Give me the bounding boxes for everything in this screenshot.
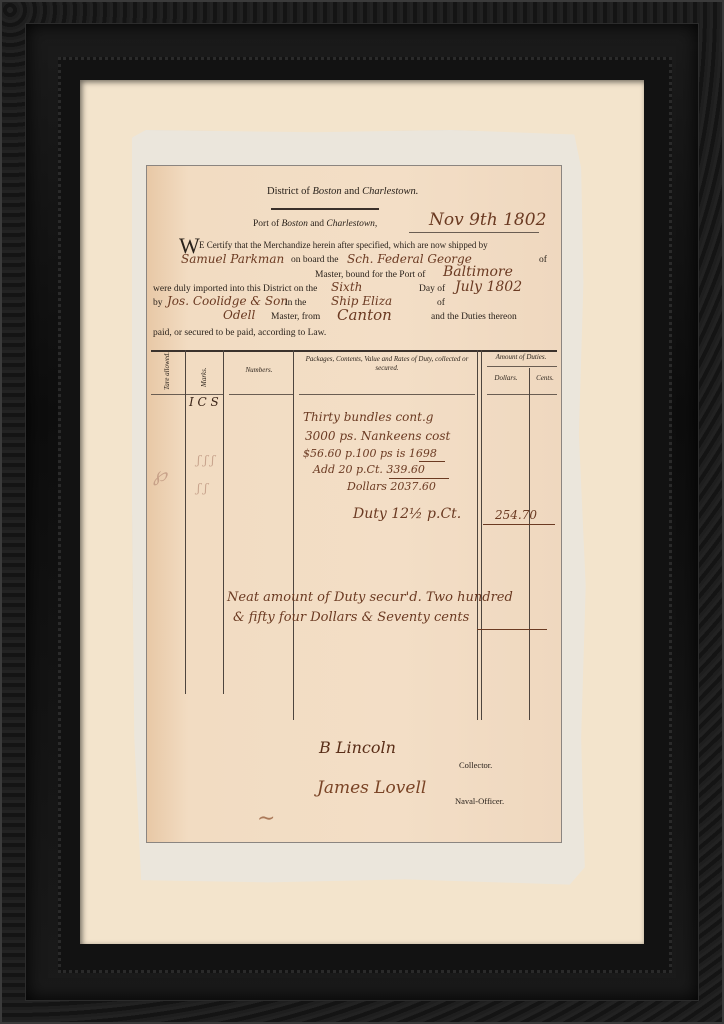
origin-port: Canton [337, 306, 392, 324]
of-label: of [539, 255, 547, 265]
master-from-label: Master, from [271, 312, 320, 322]
date-line [409, 232, 539, 233]
col-divider-packages [477, 350, 478, 720]
neat-amount-underline [477, 629, 547, 630]
neat-amount-line-1: Neat amount of Duty secur'd. Two hundred [227, 590, 513, 605]
contents-line-1: Thirty bundles cont.g [303, 410, 433, 424]
header-numbers: Numbers. [227, 366, 291, 374]
duty-underline [483, 524, 555, 525]
table-top-rule [151, 350, 557, 352]
col-divider-tare [185, 350, 186, 694]
header-dollars: Dollars. [483, 374, 529, 382]
col-divider-marks [223, 350, 224, 694]
sum-line-1 [419, 461, 445, 462]
sum-line-2 [389, 478, 449, 479]
paid-line: paid, or secured to be paid, according t… [153, 328, 326, 338]
day-of-label: Day of [419, 284, 445, 294]
naval-officer-signature: James Lovell [317, 778, 426, 798]
signature-flourish: ∼ [257, 806, 275, 831]
header-packages: Packages, Contents, Value and Rates of D… [297, 355, 477, 373]
header-cents: Cents. [531, 374, 559, 382]
header-amount-of-duties: Amount of Duties. [483, 353, 559, 361]
date-handwritten: Nov 9th 1802 [429, 210, 546, 230]
import-month-year: July 1802 [455, 279, 522, 295]
col-divider-dollars [529, 368, 530, 720]
contents-line-5: Dollars 2037.60 [347, 480, 436, 493]
contents-line-3: $56.60 p.100 ps is 1698 [303, 447, 437, 460]
picture-frame: District of Boston and Charlestown. Port… [0, 0, 724, 1024]
in-the-label: in the [285, 298, 306, 308]
packages-header-rule [299, 394, 475, 395]
district-title: District of Boston and Charlestown. [267, 186, 418, 197]
ship-master-name: Odell [223, 308, 255, 322]
numbers-header-rule [229, 394, 293, 395]
tare-header-rule [151, 394, 185, 395]
header-marks: Marks. [200, 357, 208, 387]
duty-rate: Duty 12½ p.Ct. [353, 506, 461, 522]
master-bound-label: Master, bound for the Port of [315, 270, 425, 280]
header-tare: Tare allowed. [163, 346, 171, 390]
collector-label: Collector. [459, 760, 492, 770]
faint-pencil-figures: ʃ ʃ ʃ ʃ ʃ [197, 446, 221, 502]
port-line: Port of Boston and Charlestown, [253, 219, 377, 229]
amount-subheader-rule [487, 366, 557, 367]
on-board-label: on board the [291, 255, 339, 265]
customs-certificate: District of Boston and Charlestown. Port… [146, 165, 562, 843]
of-label-2: of [437, 298, 445, 308]
imported-label: were duly imported into this District on… [153, 284, 317, 294]
duty-amount: 254.70 [495, 508, 537, 522]
duties-thereon-label: and the Duties thereon [431, 312, 517, 322]
certify-line-1: E Certify that the Merchandize herein af… [199, 240, 488, 250]
contents-line-4: Add 20 p.Ct. 339.60 [313, 463, 425, 476]
shipper-name: Samuel Parkman [181, 252, 284, 266]
col-divider-numbers [293, 350, 294, 720]
importer-name: Jos. Coolidge & Son [167, 294, 288, 308]
neat-amount-line-2: & fifty four Dollars & Seventy cents [233, 610, 469, 625]
destination-port: Baltimore [443, 264, 513, 280]
naval-officer-label: Naval-Officer. [455, 796, 504, 806]
faint-pencil-notes: ℘ [153, 462, 167, 486]
contents-line-2: 3000 ps. Nankeens cost [305, 429, 450, 443]
cargo-marks: I C S [189, 396, 219, 408]
import-day: Sixth [331, 280, 362, 294]
collector-signature: B Lincoln [319, 738, 396, 757]
title-underline [271, 208, 379, 210]
amount-header-rule [487, 394, 557, 395]
by-label: by [153, 298, 163, 308]
col-divider-packages-double [481, 350, 482, 720]
